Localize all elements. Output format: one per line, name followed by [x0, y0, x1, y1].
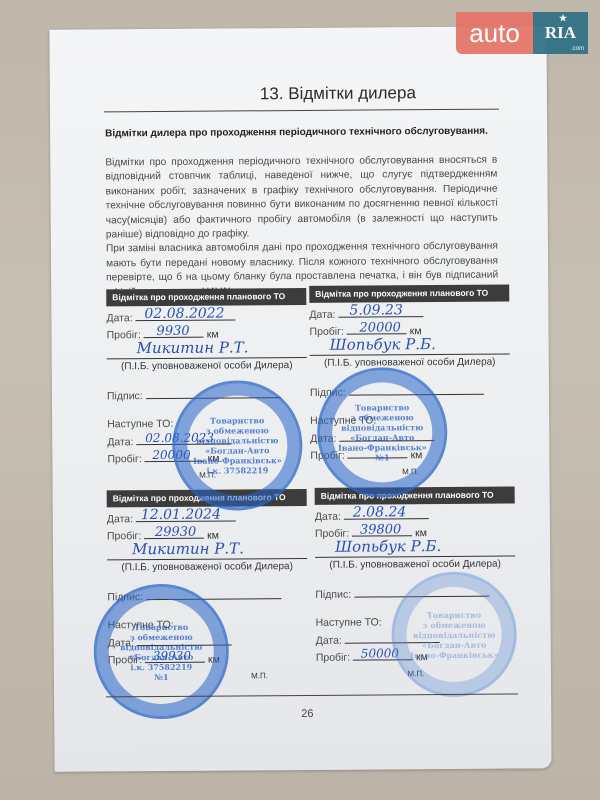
record-date: 2.08.24: [353, 504, 407, 521]
record-mileage: 9930: [156, 323, 189, 340]
record-mileage: 39800: [360, 521, 401, 538]
title-divider: [104, 109, 499, 113]
card-header: Відмітка про проходження планового ТО: [315, 487, 515, 505]
next-mileage: 39930: [153, 648, 191, 665]
document-page: 13. Відмітки дилера Відмітки дилера про …: [49, 26, 551, 771]
record-date: 12.01.2024: [141, 507, 221, 525]
star-icon: ★: [559, 13, 567, 24]
paragraph-1: Відмітки про проходження періодичного те…: [105, 155, 497, 241]
next-mileage: 20000: [152, 447, 190, 464]
service-record-1: Відмітка про проходження планового ТО Да…: [106, 288, 307, 484]
next-mileage: 50000: [361, 645, 399, 662]
page-number: 26: [301, 708, 313, 720]
watermark-auto: auto: [456, 12, 533, 54]
footer-divider: [106, 693, 518, 697]
next-date: 02.08.2023: [145, 430, 214, 447]
autoria-watermark: auto ★ RIA .com: [456, 12, 588, 54]
record-mileage: 20000: [359, 319, 400, 336]
record-date: 02.08.2022: [144, 306, 224, 324]
card-header: Відмітка про проходження планового ТО: [309, 285, 509, 303]
page-title: 13. Відмітки дилера: [223, 83, 453, 105]
record-mileage: 29930: [155, 524, 196, 541]
service-record-2: Відмітка про проходження планового ТО Да…: [309, 285, 510, 481]
record-date: 5.09.23: [349, 302, 403, 319]
section-subtitle: Відмітки дилера про проходження періодич…: [105, 126, 488, 140]
instructions: Відмітки про проходження періодичного те…: [105, 154, 498, 301]
card-header: Відмітка про проходження планового ТО: [106, 288, 306, 306]
record-person: Микитин Р.Т.: [137, 338, 249, 357]
service-record-3: Відмітка про проходження планового ТО Да…: [107, 489, 308, 685]
service-record-4: Відмітка про проходження планового ТО Да…: [315, 487, 516, 683]
card-header: Відмітка про проходження планового ТО: [107, 489, 307, 507]
record-person: Шопьбук Р.Б.: [335, 537, 441, 556]
record-person: Микитин Р.Т.: [132, 539, 244, 558]
watermark-ria: ★ RIA .com: [533, 12, 588, 54]
record-person: Шопьбук Р.Б.: [330, 335, 436, 354]
